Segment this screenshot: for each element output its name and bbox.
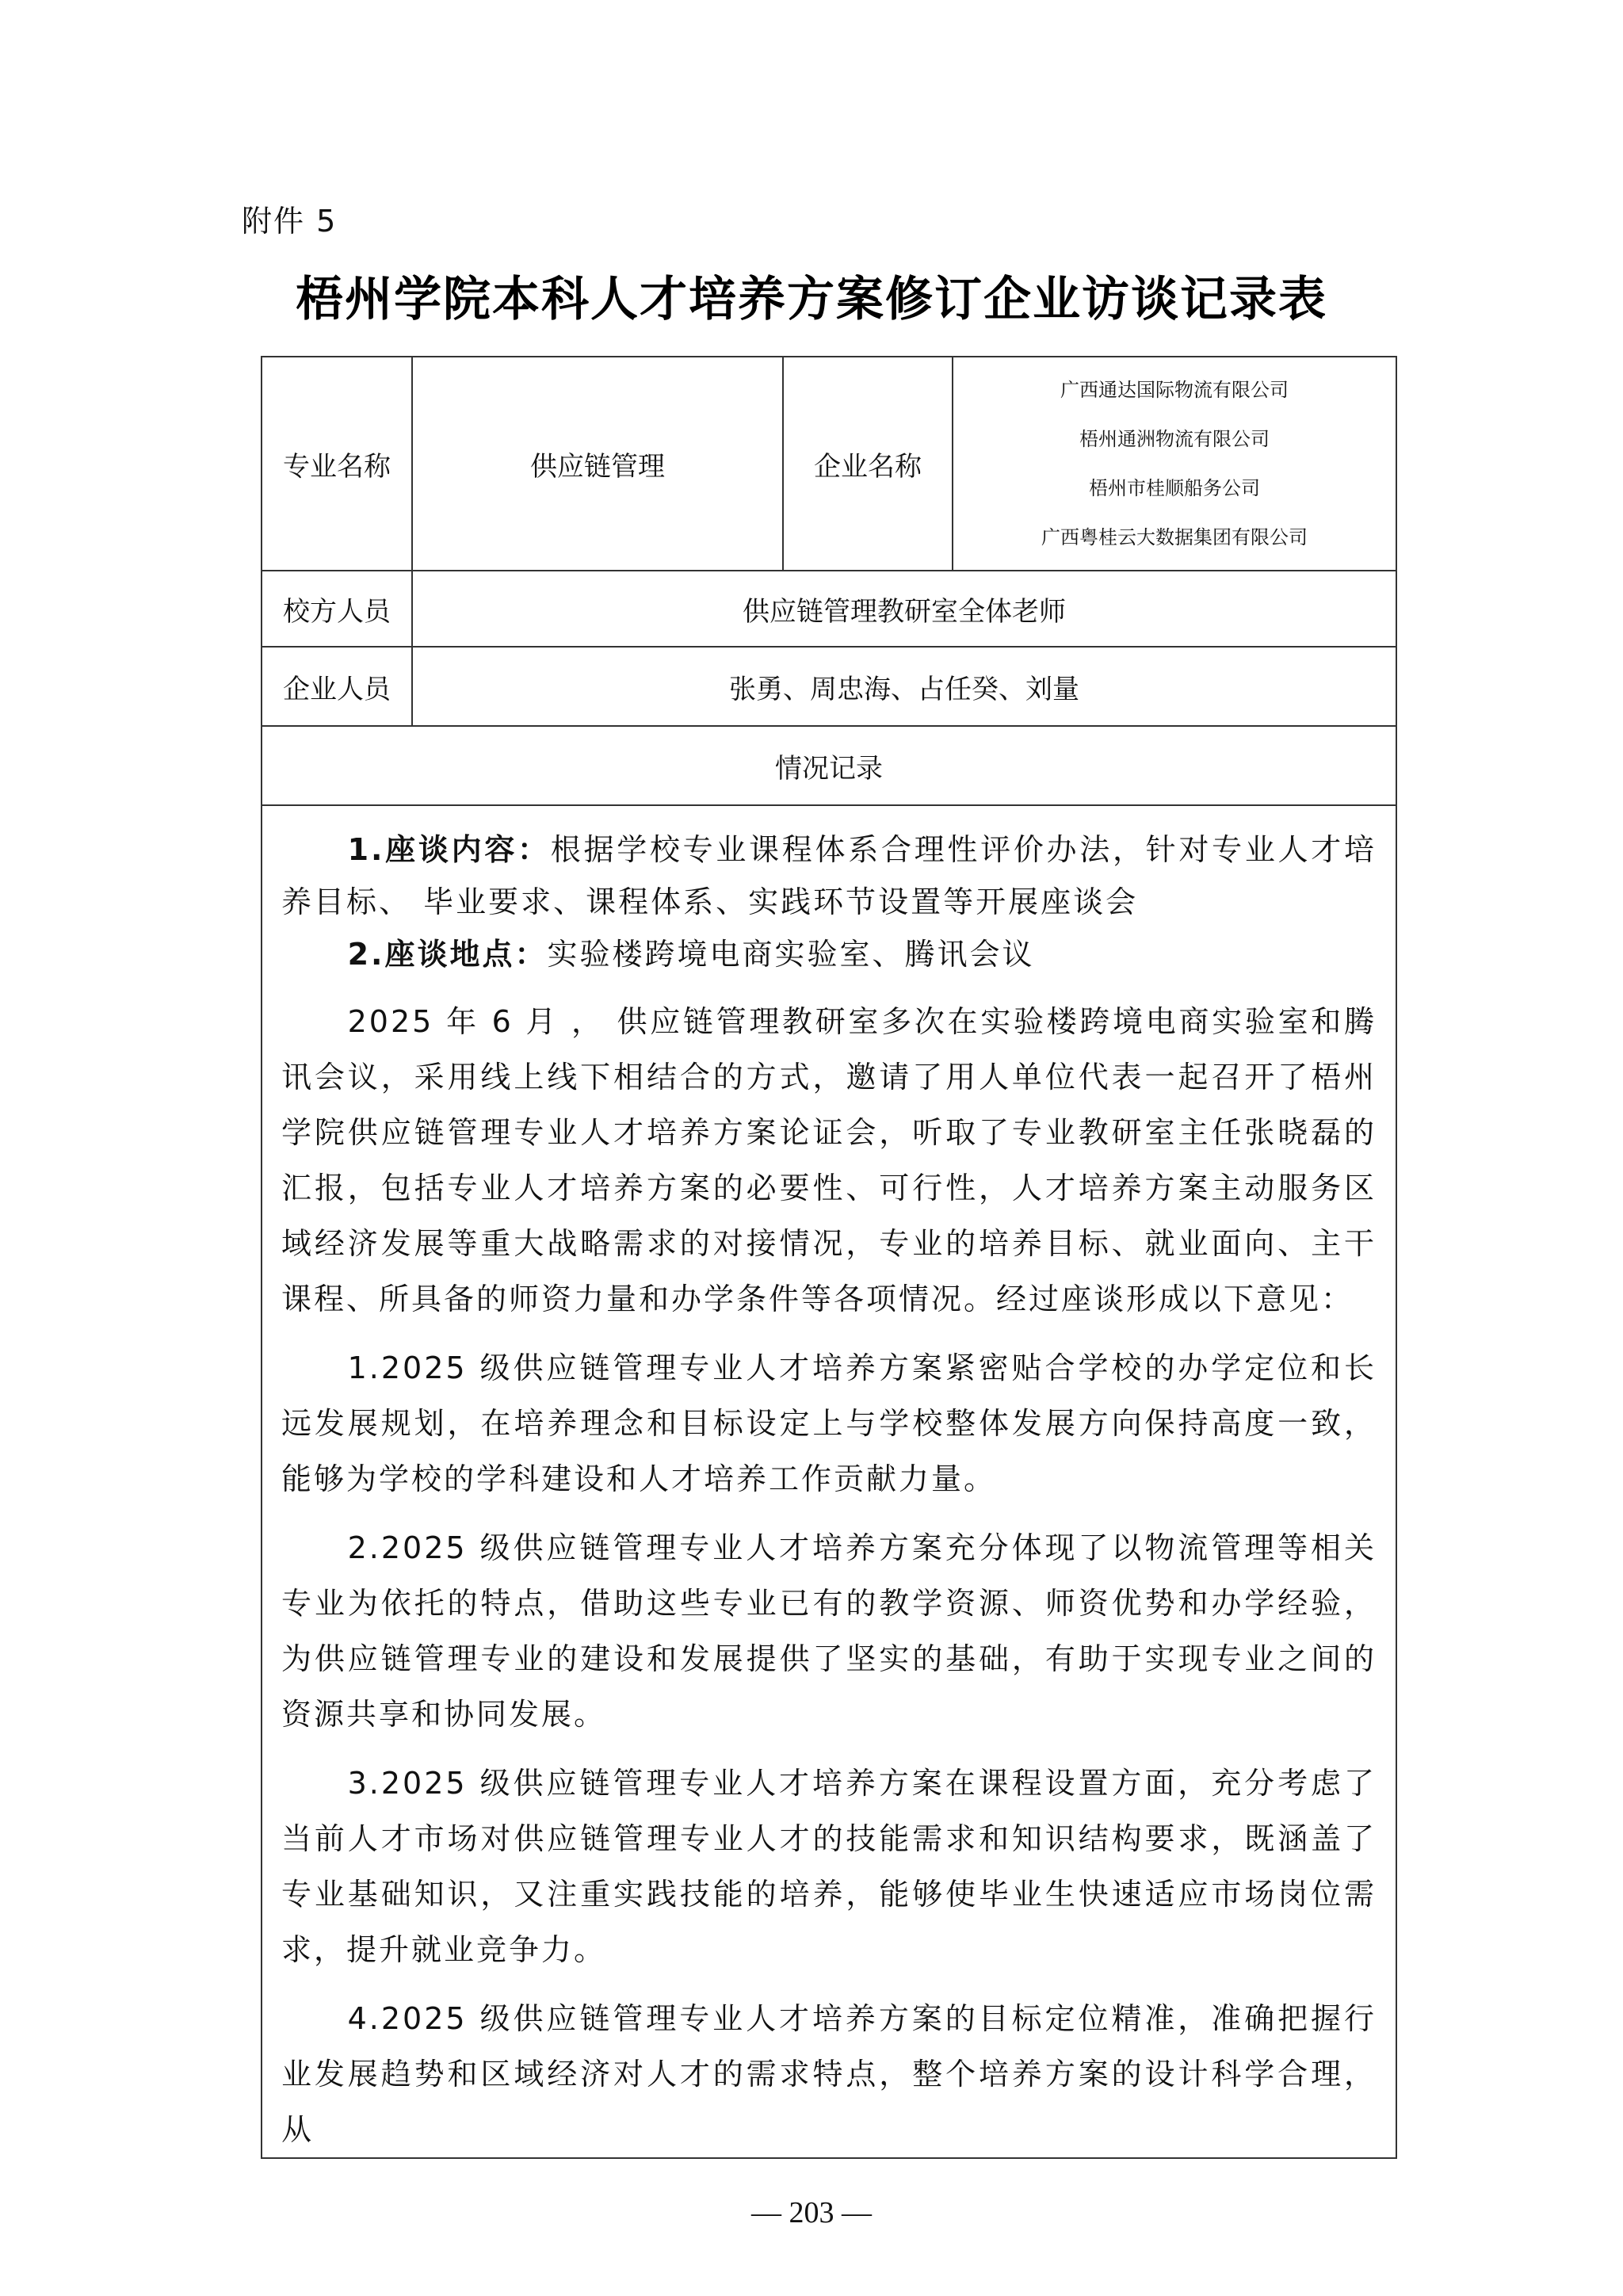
- school-staff-label: 校方人员: [262, 571, 412, 647]
- attachment-label: 附件 5: [242, 197, 337, 240]
- company-list: 广西通达国际物流有限公司 梧州通洲物流有限公司 梧州市桂顺船务公司 广西粤桂云大…: [953, 357, 1396, 571]
- company-staff-label: 企业人员: [262, 647, 412, 726]
- major-value: 供应链管理: [412, 357, 783, 571]
- meeting-location-label: 2.座谈地点：: [348, 937, 548, 972]
- page-title: 梧州学院本科人才培养方案修订企业访谈记录表: [0, 262, 1623, 330]
- company-item: 广西粤桂云大数据集团有限公司: [953, 513, 1396, 562]
- major-row: 专业名称 供应链管理 企业名称 广西通达国际物流有限公司 梧州通洲物流有限公司 …: [262, 357, 1396, 571]
- page-number: — 203 —: [0, 2195, 1623, 2230]
- meeting-content: 1.座谈内容：根据学校专业课程体系合理性评价办法，针对专业人才培养目标、 毕业要…: [281, 823, 1377, 928]
- record-content: 1.座谈内容：根据学校专业课程体系合理性评价办法，针对专业人才培养目标、 毕业要…: [262, 805, 1396, 2158]
- record-header: 情况记录: [262, 726, 1396, 805]
- opinion-item: 3.2025 级供应链管理专业人才培养方案在课程设置方面，充分考虑了当前人才市场…: [281, 1755, 1377, 1977]
- company-item: 梧州市桂顺船务公司: [953, 464, 1396, 513]
- company-item: 梧州通洲物流有限公司: [953, 415, 1396, 464]
- school-staff-value: 供应链管理教研室全体老师: [412, 571, 1396, 647]
- company-staff-value: 张勇、周忠海、占任癸、刘量: [412, 647, 1396, 726]
- meeting-location: 2.座谈地点：实验楼跨境电商实验室、腾讯会议: [281, 928, 1377, 980]
- company-label: 企业名称: [783, 357, 953, 571]
- record-body-row: 1.座谈内容：根据学校专业课程体系合理性评价办法，针对专业人才培养目标、 毕业要…: [262, 805, 1396, 2158]
- meeting-content-label: 1.座谈内容：: [348, 832, 551, 867]
- opinion-item: 1.2025 级供应链管理专业人才培养方案紧密贴合学校的办学定位和长远发展规划，…: [281, 1340, 1377, 1507]
- school-staff-row: 校方人员 供应链管理教研室全体老师: [262, 571, 1396, 647]
- record-header-row: 情况记录: [262, 726, 1396, 805]
- meeting-location-text: 实验楼跨境电商实验室、腾讯会议: [547, 937, 1034, 972]
- opinion-item: 4.2025 级供应链管理专业人才培养方案的目标定位精准，准确把握行业发展趋势和…: [281, 1991, 1377, 2157]
- meeting-summary: 2025 年 6 月 ， 供应链管理教研室多次在实验楼跨境电商实验室和腾讯会议，…: [281, 994, 1377, 1327]
- major-label: 专业名称: [262, 357, 412, 571]
- company-item: 广西通达国际物流有限公司: [953, 365, 1396, 415]
- opinion-item: 2.2025 级供应链管理专业人才培养方案充分体现了以物流管理等相关专业为依托的…: [281, 1520, 1377, 1742]
- interview-record-table: 专业名称 供应链管理 企业名称 广西通达国际物流有限公司 梧州通洲物流有限公司 …: [261, 356, 1397, 2159]
- company-staff-row: 企业人员 张勇、周忠海、占任癸、刘量: [262, 647, 1396, 726]
